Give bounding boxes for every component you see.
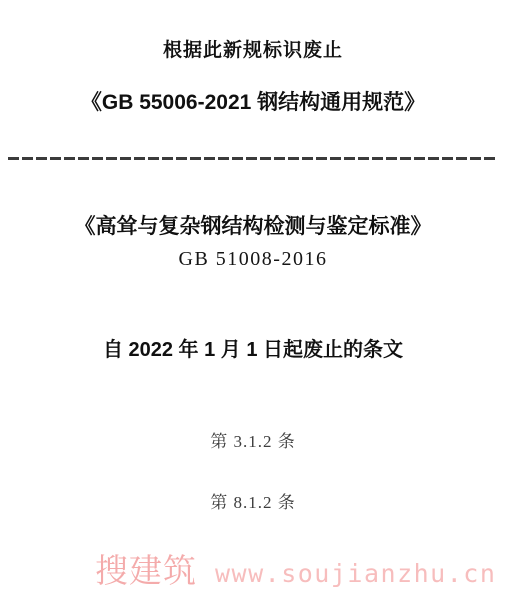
standard-title: 《高耸与复杂钢结构检测与鉴定标准》 <box>0 210 506 240</box>
new-standard-reference: 《GB 55006-2021 钢结构通用规范》 <box>0 86 506 116</box>
watermark-site-name: 搜建筑 <box>95 545 197 592</box>
document-page: 根据此新规标识废止 《GB 55006-2021 钢结构通用规范》 《高耸与复杂… <box>0 0 506 600</box>
watermark-site-url: www.soujianzhu.cn <box>215 559 496 588</box>
abolished-clauses-heading: 自 2022 年 1 月 1 日起废止的条文 <box>0 333 506 362</box>
site-watermark: 搜建筑 www.soujianzhu.cn <box>95 545 496 592</box>
abolish-notice-line: 根据此新规标识废止 <box>0 35 506 62</box>
standard-code: GB 51008-2016 <box>0 248 506 271</box>
abolished-clause-item: 第 3.1.2 条 <box>0 427 506 452</box>
abolished-clause-item: 第 8.1.2 条 <box>0 488 506 513</box>
dashed-divider <box>8 157 498 160</box>
